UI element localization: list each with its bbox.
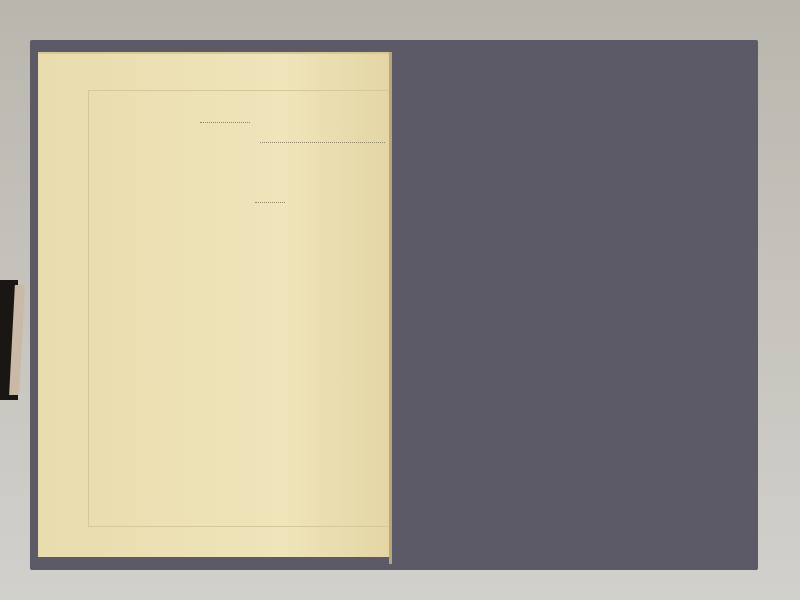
left-page-frame bbox=[88, 90, 390, 527]
book-spine bbox=[389, 52, 392, 564]
